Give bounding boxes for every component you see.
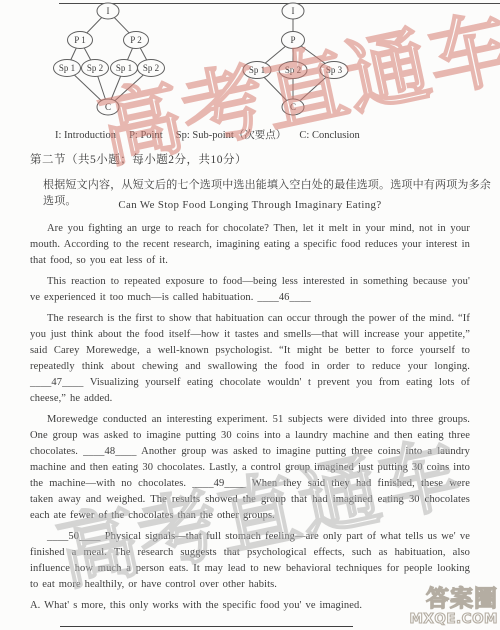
left-tree-nodes: I P 1 P 2 Sp 1 Sp 2 Sp 1 Sp 2 C xyxy=(54,3,165,115)
diagram-legend: I: Introduction P: Point Sp: Sub-point（次… xyxy=(55,127,360,142)
node-label-i: I xyxy=(107,6,110,16)
node-label-sp1: Sp 1 xyxy=(249,65,265,75)
answer-watermark-url: MXQE.COM xyxy=(410,613,499,627)
node-label-c: C xyxy=(105,102,111,112)
left-tree-edges xyxy=(67,11,151,107)
paragraph-5: ____50____ Physical signals—that full st… xyxy=(30,529,470,593)
paragraph-4: Morewedge conducted an interesting exper… xyxy=(30,412,470,524)
node-label-sp1a: Sp 1 xyxy=(59,63,75,73)
node-label-sp2: Sp 2 xyxy=(285,65,301,75)
section-heading: 第二节（共5小题；每小题2分，共10分） xyxy=(30,151,247,167)
node-label-sp3: Sp 3 xyxy=(326,65,343,75)
paragraph-3: The research is the first to show that h… xyxy=(30,311,470,407)
node-label-sp2b: Sp 2 xyxy=(143,63,159,73)
right-tree-edges xyxy=(257,11,334,107)
right-tree-nodes: I P Sp 1 Sp 2 Sp 3 C xyxy=(243,3,348,115)
paragraph-1: Are you fighting an urge to reach for ch… xyxy=(30,221,470,269)
node-label-c2: C xyxy=(290,102,296,112)
node-label-p: P xyxy=(290,35,295,45)
node-label-i2: I xyxy=(292,6,295,16)
node-label-p1: P 1 xyxy=(74,35,85,45)
paragraph-2: This reaction to repeated exposure to fo… xyxy=(30,274,470,306)
option-a: A. What' s more, this only works with th… xyxy=(30,598,470,614)
passage-body: Are you fighting an urge to reach for ch… xyxy=(30,221,470,614)
exam-page: I P 1 P 2 Sp 1 Sp 2 Sp 1 Sp 2 C I P Sp 1… xyxy=(0,0,500,630)
passage-title: Can We Stop Food Longing Through Imagina… xyxy=(30,199,470,211)
node-label-sp1b: Sp 1 xyxy=(116,63,132,73)
passage-structure-diagrams: I P 1 P 2 Sp 1 Sp 2 Sp 1 Sp 2 C I P Sp 1… xyxy=(0,0,500,124)
node-label-p2: P 2 xyxy=(130,35,141,45)
node-label-sp2a: Sp 2 xyxy=(87,63,103,73)
bottom-divider-line xyxy=(60,626,353,627)
